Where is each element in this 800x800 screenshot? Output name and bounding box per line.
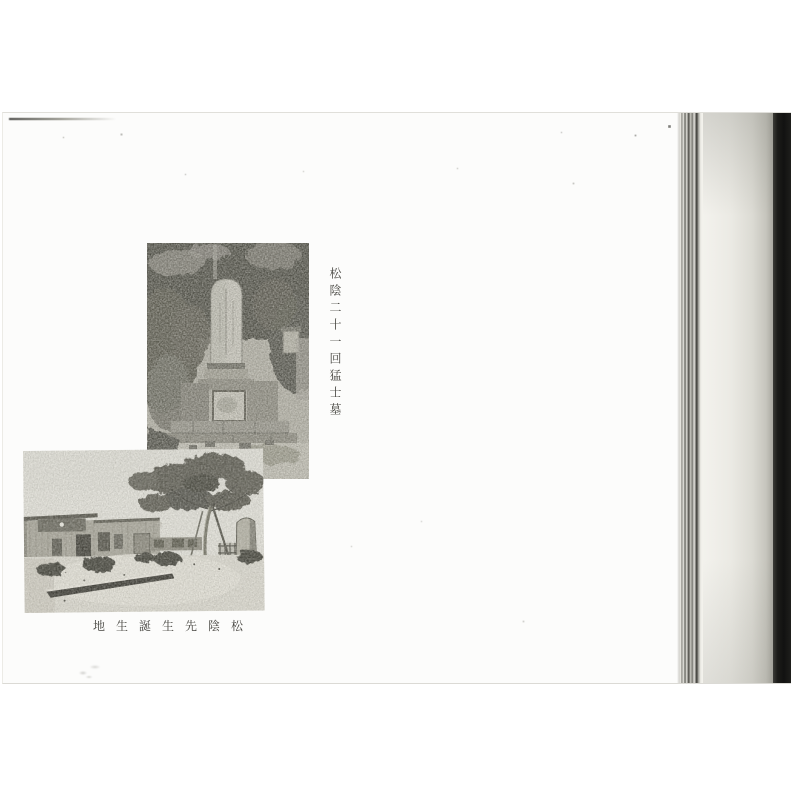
dust-specks — [3, 113, 4, 114]
gravestone-photo-illustration — [147, 243, 309, 479]
page-top-crease — [9, 118, 121, 120]
caption-birthplace: 地生誕生先陰松 — [93, 617, 254, 634]
photo-shoin-birthplace — [23, 448, 265, 613]
book-page-edges — [677, 113, 703, 683]
caption-grave: 松陰二十一回猛士墓 — [327, 267, 344, 420]
photo-shoin-grave — [147, 243, 309, 479]
scanned-book-spread: 松陰二十一回猛士墓 — [0, 0, 800, 800]
scan-area: 松陰二十一回猛士墓 — [2, 112, 791, 684]
page-curve-shading — [703, 113, 773, 683]
ink-smudge — [73, 659, 107, 681]
book-cover-dark-band — [773, 113, 791, 683]
birthplace-photo-illustration — [23, 448, 265, 613]
